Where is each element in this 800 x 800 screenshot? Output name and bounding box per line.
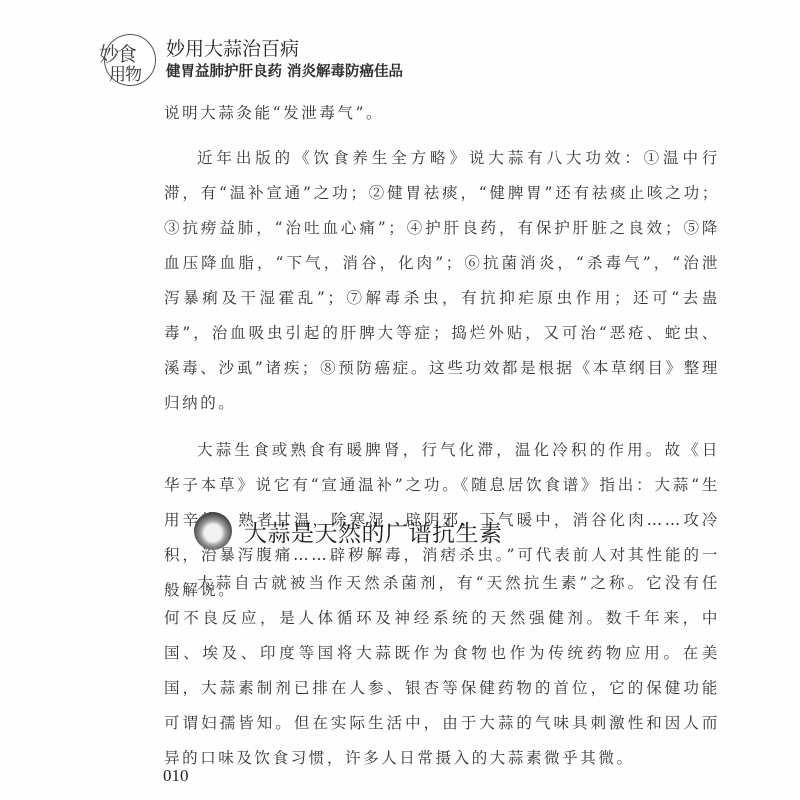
paragraph: 说明大蒜灸能“发泄毒气”。 (164, 96, 720, 131)
book-logo-icon: 妙食 用物 (104, 34, 156, 86)
logo-text-bottom: 用物 (109, 60, 141, 85)
garlic-flower-icon (194, 512, 232, 550)
page-number: 010 (163, 766, 189, 786)
section-title: 大蒜是天然的广谱抗生素 (244, 515, 503, 548)
section-heading: 大蒜是天然的广谱抗生素 (194, 512, 503, 550)
page-header: 妙食 用物 妙用大蒜治百病 健胃益肺护肝良药 消炎解毒防癌佳品 (104, 30, 403, 90)
book-subtitle: 健胃益肺护肝良药 消炎解毒防癌佳品 (166, 61, 403, 83)
paragraph: 大蒜自古就被当作天然杀菌剂，有“天然抗生素”之称。它没有任何不良反应，是人体循环… (164, 566, 720, 776)
book-title: 妙用大蒜治百病 (166, 37, 403, 61)
paragraph: 近年出版的《饮食养生全方略》说大蒜有八大功效：①温中行滞，有“温补宣通”之功；②… (164, 141, 720, 421)
body-text-bottom: 大蒜自古就被当作天然杀菌剂，有“天然抗生素”之称。它没有任何不良反应，是人体循环… (164, 566, 720, 776)
